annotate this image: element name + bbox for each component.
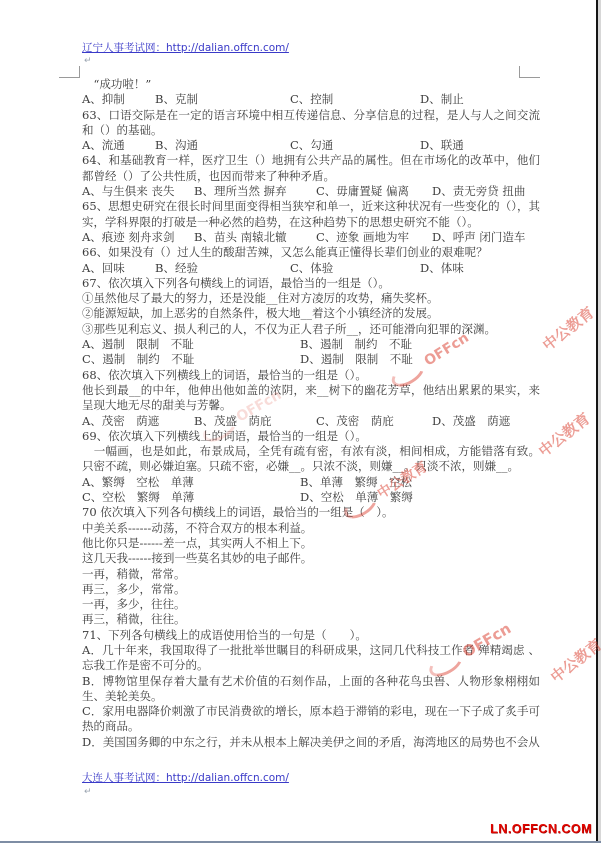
offcn-watermark: 中公教育 xyxy=(538,302,598,355)
answer-option: B、苗头 南辕北辙 xyxy=(194,230,316,245)
text-line: A．几十年来，我国取得了一批批举世瞩目的科研成果，这同几代科技工作者 殚精竭虑 … xyxy=(82,643,540,674)
answer-option: A、抑制 xyxy=(82,92,155,107)
answer-option: B、茂盛 荫庇 xyxy=(194,414,316,429)
text-line: 一幅画，也是如此，布景成局，全凭有疏有密，有浓有淡，相间相成，方能错落有致。只密… xyxy=(82,444,540,475)
answer-option: A、痕迹 刻舟求剑 xyxy=(82,230,194,245)
answer-option: A、茂密 荫遮 xyxy=(82,414,194,429)
answer-option: A、与生俱来 丧失 xyxy=(82,184,194,199)
text-line: ①虽然他尽了最大的努力，还是没能__住对方凌厉的攻势，痛失奖杯。 xyxy=(82,291,540,306)
text-line: ②能源短缺，加上恶劣的自然条件，极大地__着这个小镇经济的发展。 xyxy=(82,306,540,321)
text-line: 再三，稍微，往往。 xyxy=(82,612,540,627)
footer-site-link[interactable]: 大连人事考试网：http://dalian.offcn.com/ xyxy=(82,770,289,785)
text-line: ③那些见利忘义、损人利己的人，不仅为正人君子所__，还可能滑向犯罪的深渊。 xyxy=(82,322,540,337)
answer-option: D、遏制 限制 不耻 xyxy=(300,352,540,367)
option-row: C、遏制 制约 不耻D、遏制 限制 不耻 xyxy=(82,352,540,367)
text-line: 他比你只是------差一点，其实两人不相上下。 xyxy=(82,536,540,551)
option-row: A、与生俱来 丧失B、理所当然 摒弃C、毋庸置疑 偏离D、责无旁贷 扭曲 xyxy=(82,184,540,199)
text-line: 这几天我------接到一些莫名其妙的电子邮件。 xyxy=(82,551,540,566)
answer-option: C、勾通 xyxy=(290,138,420,153)
answer-option: C、迹象 画地为牢 xyxy=(316,230,432,245)
text-line: 64、和基础教育一样，医疗卫生（）地拥有公共产品的属性。但在市场化的改革中，他们… xyxy=(82,153,540,184)
answer-option: B、克制 xyxy=(155,92,290,107)
text-line: 68、依次填入下列横线上的词语，最恰当的一组是（）。 xyxy=(82,368,540,383)
text-line: 71、下列各句横线上的成语使用恰当的一句是（ ）。 xyxy=(82,628,540,643)
answer-option: B、沟通 xyxy=(155,138,290,153)
text-line: 69、依次填入下列横线上的词语，最恰当的一组是（）。 xyxy=(82,429,540,444)
text-line: 66、如果没有（）过人生的酸甜苦辣，又怎么能真正懂得长辈们创业的艰难呢？ xyxy=(82,245,540,260)
text-line: D．美国国务卿的中东之行，并未从根本上解决美伊之间的矛盾，海湾地区的局势也不会从 xyxy=(82,735,540,750)
answer-option: B、经验 xyxy=(155,261,290,276)
text-line: 他长到最__的中年，他伸出他如盖的浓阴，来__树下的幽花芳草，他结出累累的果实，… xyxy=(82,383,540,414)
question-list: “成功啦！”A、抑制B、克制C、控制D、制止63、口语交际是在一定的语言环境中相… xyxy=(82,77,540,750)
answer-option: C、体验 xyxy=(290,261,420,276)
watermark-cn-text: 中公教育 xyxy=(546,634,601,687)
answer-option: B、单薄 繁缛 空松 xyxy=(300,475,540,490)
header-site-url[interactable]: http://dalian.offcn.com/ xyxy=(166,42,289,54)
answer-option: D、呼声 闭门造车 xyxy=(432,230,540,245)
text-line: 65、思想史研究在很长时间里面变得相当狭窄和单一，近来这种状况有一些变化的（），… xyxy=(82,199,540,230)
text-line: 67、依次填入下列各句横线上的词语，最恰当的一组是（）。 xyxy=(82,276,540,291)
option-row: C、空松 繁缛 单薄D、空松 单薄 繁缛 xyxy=(82,490,540,505)
option-row: A、回味B、经验C、体验D、体味 xyxy=(82,261,540,276)
offcn-watermark: 中公教育 xyxy=(534,408,594,461)
answer-option: D、联通 xyxy=(420,138,540,153)
watermark-cn-text: 中公教育 xyxy=(534,408,594,461)
answer-option: C、茂密 荫庇 xyxy=(316,414,432,429)
text-line: 70 依次填入下列各句横线上的词语，最恰当的一组是（ ）。 xyxy=(82,505,540,520)
text-line: 63、口语交际是在一定的语言环境中相互传递信息、分享信息的过程，是人与人之间交流… xyxy=(82,108,540,139)
footer-site-url[interactable]: http://dalian.offcn.com/ xyxy=(166,772,289,784)
text-line: 中美关系------动荡，不符合双方的根本利益。 xyxy=(82,521,540,536)
header-site-label[interactable]: 辽宁人事考试网： xyxy=(82,42,166,54)
answer-option: C、空松 繁缛 单薄 xyxy=(82,490,300,505)
header-site-link[interactable]: 辽宁人事考试网：http://dalian.offcn.com/ xyxy=(82,40,289,55)
text-line: “成功啦！” xyxy=(82,77,540,92)
option-row: A、抑制B、克制C、控制D、制止 xyxy=(82,92,540,107)
answer-option: A、回味 xyxy=(82,261,155,276)
answer-option: A、繁缛 空松 单薄 xyxy=(82,475,300,490)
option-row: A、遏制 限制 不耻B、遏制 制约 不耻 xyxy=(82,337,540,352)
margin-corner-mark-left xyxy=(59,66,80,78)
option-row: A、茂密 荫遮B、茂盛 荫庇C、茂密 荫庇D、茂盛 荫遮 xyxy=(82,414,540,429)
answer-option: D、制止 xyxy=(420,92,540,107)
answer-option: A、遏制 限制 不耻 xyxy=(82,337,300,352)
ln-offcn-brand-text: LN.OFFCN.COM xyxy=(490,822,592,836)
answer-option: C、遏制 制约 不耻 xyxy=(82,352,300,367)
watermark-cn-text: 中公教育 xyxy=(538,302,598,355)
answer-option: D、空松 单薄 繁缛 xyxy=(300,490,540,505)
answer-option: B、遏制 制约 不耻 xyxy=(300,337,540,352)
paragraph-return-mark: ↵ xyxy=(84,56,92,66)
option-row: A、繁缛 空松 单薄B、单薄 繁缛 空松 xyxy=(82,475,540,490)
answer-option: B、理所当然 摒弃 xyxy=(194,184,316,199)
option-row: A、痕迹 刻舟求剑B、苗头 南辕北辙C、迹象 画地为牢D、呼声 闭门造车 xyxy=(82,230,540,245)
text-line: C．家用电器降价刺激了市民消费欲的增长，原本趋于滞销的彩电，现在一下子成了炙手可… xyxy=(82,704,540,735)
answer-option: D、茂盛 荫遮 xyxy=(432,414,540,429)
paragraph-return-mark: ↵ xyxy=(84,787,92,797)
answer-option: D、责无旁贷 扭曲 xyxy=(432,184,540,199)
text-line: 再三，多少，常常。 xyxy=(82,582,540,597)
text-line: 一再，稍微，常常。 xyxy=(82,567,540,582)
option-row: A、流通B、沟通C、勾通D、联通 xyxy=(82,138,540,153)
text-line: B．博物馆里保存着大量有艺术价值的石刻作品，上面的各种花鸟虫兽、人物形象栩栩如生… xyxy=(82,674,540,705)
footer-site-label[interactable]: 大连人事考试网： xyxy=(82,772,166,784)
text-line: 一再，多少，往往。 xyxy=(82,597,540,612)
answer-option: A、流通 xyxy=(82,138,155,153)
page-right-border xyxy=(596,0,598,843)
answer-option: C、控制 xyxy=(290,92,420,107)
offcn-watermark: 中公教育 xyxy=(546,634,601,687)
answer-option: C、毋庸置疑 偏离 xyxy=(316,184,432,199)
answer-option: D、体味 xyxy=(420,261,540,276)
